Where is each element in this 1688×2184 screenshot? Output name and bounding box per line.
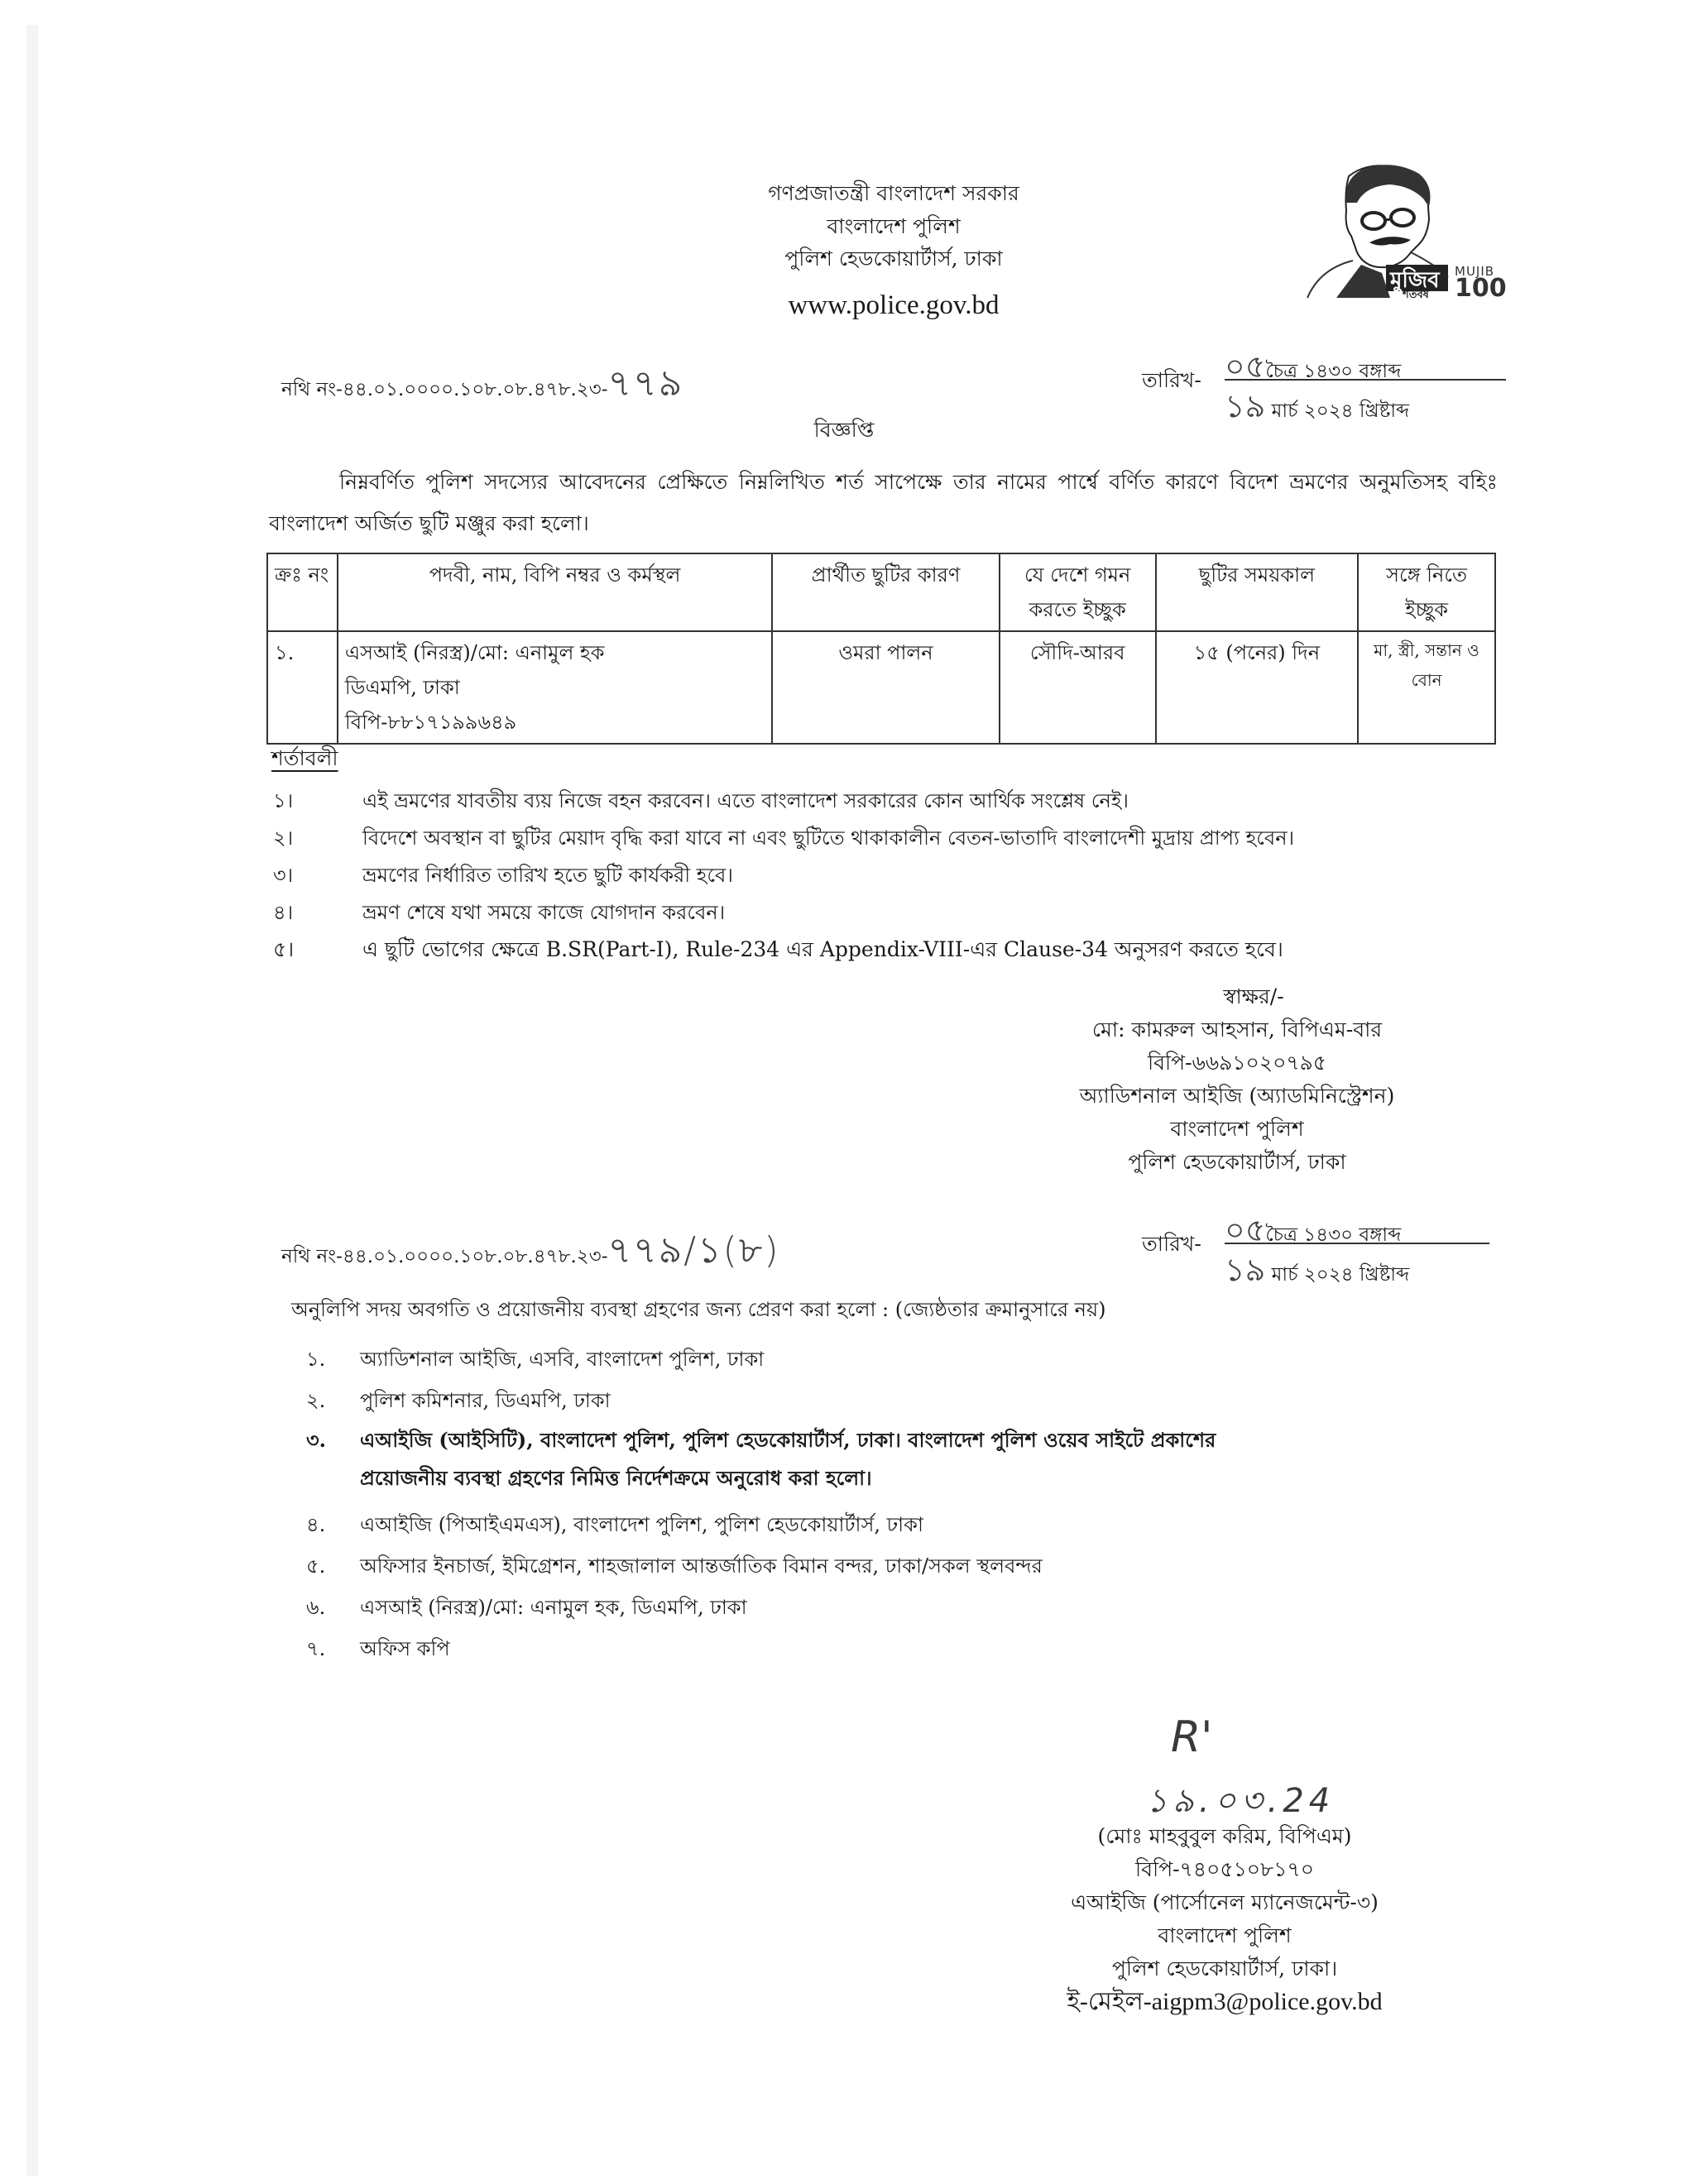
logo-en-number: 100 [1455,274,1507,303]
cc-text: এআইজি (পিআইএমএস), বাংলাদেশ পুলিশ, পুলিশ … [360,1513,923,1536]
cell-country: সৌদি-আরব [1000,631,1156,744]
memo-number-handwritten: ৭৭৯/১(৮) [608,1229,780,1272]
cc-intro: অনুলিপি সদয় অবগতি ও প্রয়োজনীয় ব্যবস্থ… [291,1295,1106,1328]
table-header-row: ক্রঃ নং পদবী, নাম, বিপি নম্বর ও কর্মস্থল… [267,553,1495,631]
leave-table: ক্রঃ নং পদবী, নাম, বিপি নম্বর ও কর্মস্থল… [266,553,1496,745]
cell-companions: মা, স্ত্রী, সন্তান ও বোন [1358,631,1495,744]
condition-item: ১।এই ভ্রমণের যাবতীয় ব্যয় নিজে বহন করবে… [273,786,1129,819]
memo-number-prefix: নথি নং-৪৪.০১.০০০০.১০৮.০৮.৪৭৮.২৩- [281,379,608,400]
col-serial: ক্রঃ নং [267,553,338,631]
signatory-name: মো: কামরুল আহসান, বিপিএম-বার [989,1013,1485,1046]
signatory-designation: এআইজি (পার্সোনেল ম্যানেজমেন্ট-৩) [976,1886,1473,1919]
condition-text: এই ভ্রমণের যাবতীয় ব্যয় নিজে বহন করবেন।… [362,789,1129,812]
signatory-email: ই-মেইল-aigpm3@police.gov.bd [976,1985,1473,2019]
cell-reason: ওমরা পালন [772,631,1000,744]
date-divider [1225,379,1506,381]
date-divider [1225,1243,1489,1244]
condition-item: ৪।ভ্রমণ শেষে যথা সময়ে কাজে যোগদান করবেন… [273,898,725,931]
header-govt: গণপ্রজাতন্ত্রী বাংলাদেশ সরকার [645,178,1142,209]
cc-item: ৪.এআইজি (পিআইএমএস), বাংলাদেশ পুলিশ, পুলি… [306,1506,923,1544]
signature-block-2: (মোঃ মাহবুবুল করিম, বিপিএম) বিপি-৭৪০৫১০৮… [976,1820,1473,2019]
date-label: তারিখ- [1142,1228,1201,1263]
intro-paragraph: নিম্নবর্ণিত পুলিশ সদস্যের আবেদনের প্রেক্… [269,462,1498,544]
header-police: বাংলাদেশ পুলিশ [645,211,1142,242]
conditions-heading: শর্তাবলী [271,742,338,778]
cc-item: ৭.অফিস কপি [306,1630,450,1668]
cc-item: ১.অ্যাডিশনাল আইজি, এসবি, বাংলাদেশ পুলিশ,… [306,1340,764,1378]
cc-number: ৪. [306,1506,360,1544]
notice-title: বিজ্ঞপ্তি [728,414,960,449]
cc-text: এসআই (নিরস্ত্র)/মো: এনামুল হক, ডিএমপি, ঢ… [360,1596,747,1619]
signatory-office: পুলিশ হেডকোয়ার্টার্স, ঢাকা [989,1146,1485,1179]
cc-item: ৬.এসআই (নিরস্ত্র)/মো: এনামুল হক, ডিএমপি,… [306,1588,747,1626]
condition-text: বিদেশে অবস্থান বা ছুটির মেয়াদ বৃদ্ধি কর… [362,826,1294,850]
cc-number: ৫. [306,1547,360,1585]
signatory-bp: বিপি-৬৬৯১০২০৭৯৫ [989,1046,1485,1080]
cc-number: ২. [306,1382,360,1420]
cc-text: পুলিশ কমিশনার, ডিএমপি, ঢাকা [360,1389,611,1412]
designation-line: এসআই (নিরস্ত্র)/মো: এনামুল হক [345,635,765,670]
col-reason: প্রার্থীত ছুটির কারণ [772,553,1000,631]
signature-block-1: স্বাক্ষর/- মো: কামরুল আহসান, বিপিএম-বার … [989,980,1485,1179]
condition-item: ৫।এ ছুটি ভোগের ক্ষেত্রে B.SR(Part-I), Ru… [273,933,1283,969]
cc-number: ১. [306,1340,360,1378]
condition-number: ২। [273,823,362,856]
memo-number-2: নথি নং-৪৪.০১.০০০০.১০৮.০৮.৪৭৮.২৩-৭৭৯/১(৮) [281,1223,780,1283]
header-website: www.police.gov.bd [645,290,1142,321]
cell-serial: ১. [267,631,338,744]
cc-text: অফিসার ইনচার্জ, ইমিগ্রেশন, শাহজালাল আন্ত… [360,1554,1043,1578]
cc-number: ৭. [306,1630,360,1668]
header-hq: পুলিশ হেডকোয়ার্টার্স, ঢাকা [645,243,1142,275]
mujib-100-logo: মুজিব শতবর্ষ MUJIB 100 [1287,161,1506,302]
condition-item: ৩।ভ্রমণের নির্ধারিত তারিখ হতে ছুটি কার্য… [273,860,733,893]
memo-number: নথি নং-৪৪.০১.০০০০.১০৮.০৮.৪৭৮.২৩-৭৭৯ [281,356,683,416]
condition-number: ৪। [273,898,362,931]
condition-item: ২।বিদেশে অবস্থান বা ছুটির মেয়াদ বৃদ্ধি … [273,823,1294,856]
signatory-org: বাংলাদেশ পুলিশ [989,1113,1485,1146]
logo-sub-text: শতবর্ষ [1403,287,1429,304]
date-english: ১৯ মার্চ ২০২৪ খ্রিষ্টাব্দ [1225,382,1409,435]
cell-duration: ১৫ (পনের) দিন [1156,631,1359,744]
handwritten-initial: R' [1171,1712,1212,1762]
cc-number: ৬. [306,1588,360,1626]
condition-number: ৩। [273,860,362,893]
cc-text: এআইজি (আইসিটি), বাংলাদেশ পুলিশ, পুলিশ হে… [360,1428,1216,1452]
document-page: গণপ্রজাতন্ত্রী বাংলাদেশ সরকার বাংলাদেশ প… [0,0,1688,2184]
signatory-designation: অ্যাডিশনাল আইজি (অ্যাডমিনিস্ট্রেশন) [989,1080,1485,1113]
condition-text: ভ্রমণ শেষে যথা সময়ে কাজে যোগদান করবেন। [362,901,725,924]
date-english-text: মার্চ ২০২৪ খ্রিষ্টাব্দ [1272,1264,1410,1286]
signed-mark: স্বাক্ষর/- [989,980,1485,1013]
col-country: যে দেশে গমন করতে ইচ্ছুক [1000,553,1156,631]
condition-number: ৫। [273,933,362,969]
date-english: ১৯ মার্চ ২০২৪ খ্রিষ্টাব্দ [1225,1246,1409,1299]
condition-text: এ ছুটি ভোগের ক্ষেত্রে B.SR(Part-I), Rule… [362,937,1283,961]
memo-date: তারিখ- ০৫চৈত্র ১৪৩০ বঙ্গাব্দ ১৯ মার্চ ২০… [1142,346,1506,429]
signatory-office: পুলিশ হেডকোয়ার্টার্স, ঢাকা। [976,1952,1473,1985]
cc-text: অ্যাডিশনাল আইজি, এসবি, বাংলাদেশ পুলিশ, ঢ… [360,1348,764,1371]
scan-edge [26,25,38,2176]
cc-text: অফিস কপি [360,1637,450,1660]
signatory-name: (মোঃ মাহবুবুল করিম, বিপিএম) [976,1820,1473,1853]
workplace-line: ডিএমপি, ঢাকা [345,670,765,705]
cell-designation: এসআই (নিরস্ত্র)/মো: এনামুল হক ডিএমপি, ঢা… [338,631,772,744]
cc-item: ২.পুলিশ কমিশনার, ডিএমপি, ঢাকা [306,1382,611,1420]
date-english-handwritten: ১৯ [1225,388,1265,424]
col-companions: সঙ্গে নিতে ইচ্ছুক [1358,553,1495,631]
memo-date-2: তারিখ- ০৫চৈত্র ১৪৩০ বঙ্গাব্দ ১৯ মার্চ ২০… [1142,1209,1489,1292]
condition-number: ১। [273,786,362,819]
memo-number-prefix: নথি নং-৪৪.০১.০০০০.১০৮.০৮.৪৭৮.২৩- [281,1246,608,1267]
col-designation: পদবী, নাম, বিপি নম্বর ও কর্মস্থল [338,553,772,631]
signatory-org: বাংলাদেশ পুলিশ [976,1919,1473,1952]
date-english-handwritten: ১৯ [1225,1252,1265,1288]
cc-item: ৩.এআইজি (আইসিটি), বাংলাদেশ পুলিশ, পুলিশ … [306,1421,1216,1497]
cc-number: ৩. [306,1421,360,1459]
cc-text-continued: প্রয়োজনীয় ব্যবস্থা গ্রহণের নিমিত্ত নির… [360,1466,872,1490]
condition-text: ভ্রমণের নির্ধারিত তারিখ হতে ছুটি কার্যকর… [362,864,733,887]
col-duration: ছুটির সময়কাল [1156,553,1359,631]
memo-number-handwritten: ৭৭৯ [608,362,684,405]
cc-item: ৫.অফিসার ইনচার্জ, ইমিগ্রেশন, শাহজালাল আন… [306,1547,1043,1585]
signatory-bp: বিপি-৭৪০৫১০৮১৭০ [976,1853,1473,1886]
table-row: ১. এসআই (নিরস্ত্র)/মো: এনামুল হক ডিএমপি,… [267,631,1495,744]
date-label: তারিখ- [1142,364,1201,400]
bp-number-line: বিপি-৮৮১৭১৯৯৬৪৯ [345,705,765,740]
date-english-text: মার্চ ২০২৪ খ্রিষ্টাব্দ [1272,400,1410,422]
